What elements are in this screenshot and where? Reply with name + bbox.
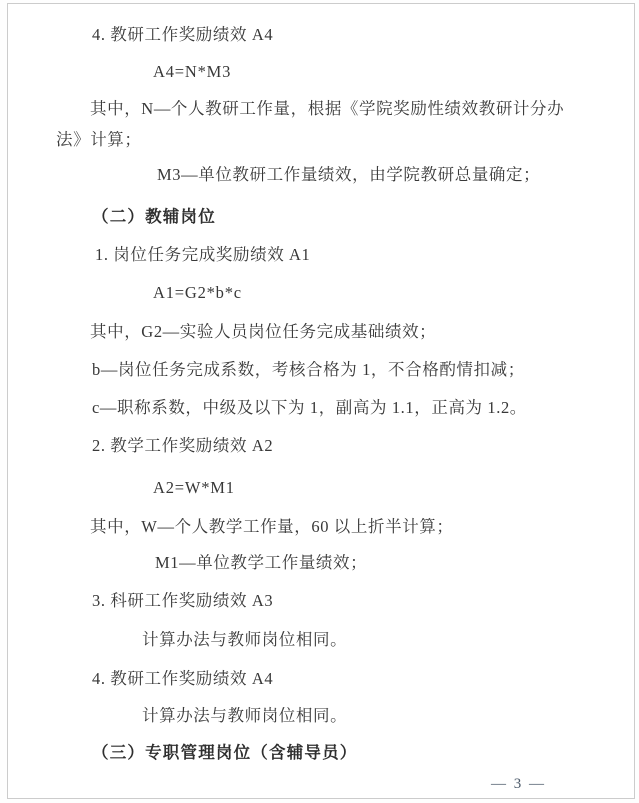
note-same-as-teacher-a3: 计算办法与教师岗位相同。 (142, 631, 347, 650)
page-number: — 3 — (491, 776, 546, 793)
paragraph-n-definition-line2: 法》计算； (56, 131, 142, 150)
numbered-item-teaching-research-a4-repeat: 4. 教研工作奖励绩效 A4 (92, 670, 273, 689)
formula-a1: A1=G2*b*c (153, 284, 242, 303)
numbered-item-teaching-research-a4: 4. 教研工作奖励绩效 A4 (92, 26, 273, 45)
definition-g2: 其中，G2—实验人员岗位任务完成基础绩效； (90, 323, 436, 342)
definition-w: 其中，W—个人教学工作量，60 以上折半计算； (90, 518, 454, 537)
formula-a2: A2=W*M1 (153, 479, 235, 498)
paragraph-n-definition-line1: 其中，N—个人教研工作量，根据《学院奖励性绩效教研计分办 (90, 100, 564, 119)
document-page: { "document": { "lines": [ { "text": "4.… (0, 0, 639, 803)
definition-b: b—岗位任务完成系数，考核合格为 1，不合格酌情扣减； (92, 361, 525, 380)
note-same-as-teacher-a4: 计算办法与教师岗位相同。 (142, 707, 347, 726)
numbered-item-teaching-work-a2: 2. 教学工作奖励绩效 A2 (92, 437, 273, 456)
definition-m3: M3—单位教研工作量绩效，由学院教研总量确定； (157, 166, 540, 185)
formula-a4: A4=N*M3 (153, 63, 231, 82)
section-heading-management-posts: （三）专职管理岗位（含辅导员） (92, 744, 358, 763)
definition-c: c—职称系数，中级及以下为 1，副高为 1.1，正高为 1.2。 (92, 399, 527, 418)
section-heading-auxiliary-posts: （二）教辅岗位 (92, 208, 216, 227)
numbered-item-research-work-a3: 3. 科研工作奖励绩效 A3 (92, 592, 273, 611)
numbered-item-task-completion-a1: 1. 岗位任务完成奖励绩效 A1 (95, 246, 310, 265)
definition-m1: M1—单位教学工作量绩效； (155, 554, 367, 573)
